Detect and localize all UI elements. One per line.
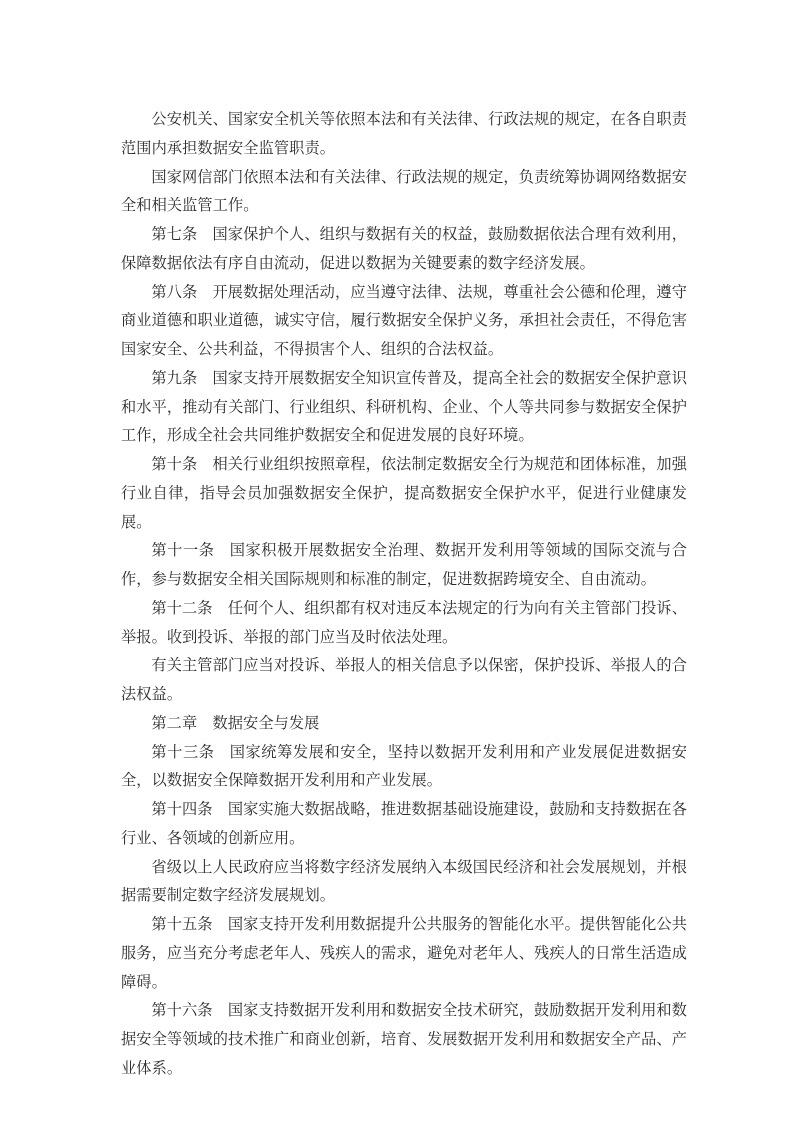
chapter-2-heading: 第二章数据安全与发展 bbox=[121, 709, 687, 738]
paragraph-text: 国家保护个人、组织与数据有关的权益，鼓励数据依法合理有效利用，保障数据依法有序自… bbox=[121, 225, 687, 272]
article-10: 第十条相关行业组织按照章程，依法制定数据安全行为规范和团体标准，加强行业自律，指… bbox=[121, 450, 687, 536]
paragraph-supervision-cyberspace: 国家网信部门依照本法和有关法律、行政法规的规定，负责统筹协调网络数据安全和相关监… bbox=[121, 163, 687, 221]
article-7: 第七条国家保护个人、组织与数据有关的权益，鼓励数据依法合理有效利用，保障数据依法… bbox=[121, 220, 687, 278]
article-15: 第十五条国家支持开发利用数据提升公共服务的智能化水平。提供智能化公共服务，应当充… bbox=[121, 910, 687, 996]
article-12-confidentiality: 有关主管部门应当对投诉、举报人的相关信息予以保密，保护投诉、举报人的合法权益。 bbox=[121, 651, 687, 709]
article-8: 第八条开展数据处理活动，应当遵守法律、法规，尊重社会公德和伦理，遵守商业道德和职… bbox=[121, 278, 687, 364]
document-page: 公安机关、国家安全机关等依照本法和有关法律、行政法规的规定，在各自职责范围内承担… bbox=[121, 105, 687, 1083]
paragraph-text: 相关行业组织按照章程，依法制定数据安全行为规范和团体标准，加强行业自律，指导会员… bbox=[121, 455, 687, 531]
paragraph-text: 国家支持开展数据安全知识宣传普及，提高全社会的数据安全保护意识和水平，推动有关部… bbox=[121, 369, 687, 445]
paragraph-text: 国家网信部门依照本法和有关法律、行政法规的规定，负责统筹协调网络数据安全和相关监… bbox=[121, 168, 687, 215]
article-number: 第十六条 bbox=[151, 1001, 212, 1019]
article-12: 第十二条任何个人、组织都有权对违反本法规定的行为向有关主管部门投诉、举报。收到投… bbox=[121, 594, 687, 652]
paragraph-text: 省级以上人民政府应当将数字经济发展纳入本级国民经济和社会发展规划，并根据需要制定… bbox=[121, 858, 687, 905]
article-13: 第十三条国家统筹发展和安全，坚持以数据开发利用和产业发展促进数据安全，以数据安全… bbox=[121, 738, 687, 796]
paragraph-text: 公安机关、国家安全机关等依照本法和有关法律、行政法规的规定，在各自职责范围内承担… bbox=[121, 110, 687, 157]
article-16: 第十六条国家支持数据开发利用和数据安全技术研究，鼓励数据开发利用和数据安全等领域… bbox=[121, 996, 687, 1082]
article-number: 第十二条 bbox=[151, 599, 212, 617]
article-11: 第十一条国家积极开展数据安全治理、数据开发利用等领域的国际交流与合作，参与数据安… bbox=[121, 536, 687, 594]
paragraph-text: 开展数据处理活动，应当遵守法律、法规，尊重社会公德和伦理，遵守商业道德和职业道德… bbox=[121, 283, 687, 359]
paragraph-supervision-police: 公安机关、国家安全机关等依照本法和有关法律、行政法规的规定，在各自职责范围内承担… bbox=[121, 105, 687, 163]
chapter-title: 数据安全与发展 bbox=[212, 714, 319, 732]
article-number: 第十三条 bbox=[151, 743, 214, 761]
article-number: 第十一条 bbox=[151, 541, 214, 559]
chapter-number: 第二章 bbox=[151, 714, 197, 732]
article-number: 第十五条 bbox=[151, 915, 212, 933]
article-number: 第八条 bbox=[151, 283, 197, 301]
article-9: 第九条国家支持开展数据安全知识宣传普及，提高全社会的数据安全保护意识和水平，推动… bbox=[121, 364, 687, 450]
article-number: 第九条 bbox=[151, 369, 197, 387]
article-number: 第十条 bbox=[151, 455, 197, 473]
article-number: 第十四条 bbox=[151, 800, 212, 818]
paragraph-text: 有关主管部门应当对投诉、举报人的相关信息予以保密，保护投诉、举报人的合法权益。 bbox=[121, 656, 687, 703]
article-14: 第十四条国家实施大数据战略，推进数据基础设施建设，鼓励和支持数据在各行业、各领域… bbox=[121, 795, 687, 853]
article-14-provincial: 省级以上人民政府应当将数字经济发展纳入本级国民经济和社会发展规划，并根据需要制定… bbox=[121, 853, 687, 911]
article-number: 第七条 bbox=[151, 225, 197, 243]
